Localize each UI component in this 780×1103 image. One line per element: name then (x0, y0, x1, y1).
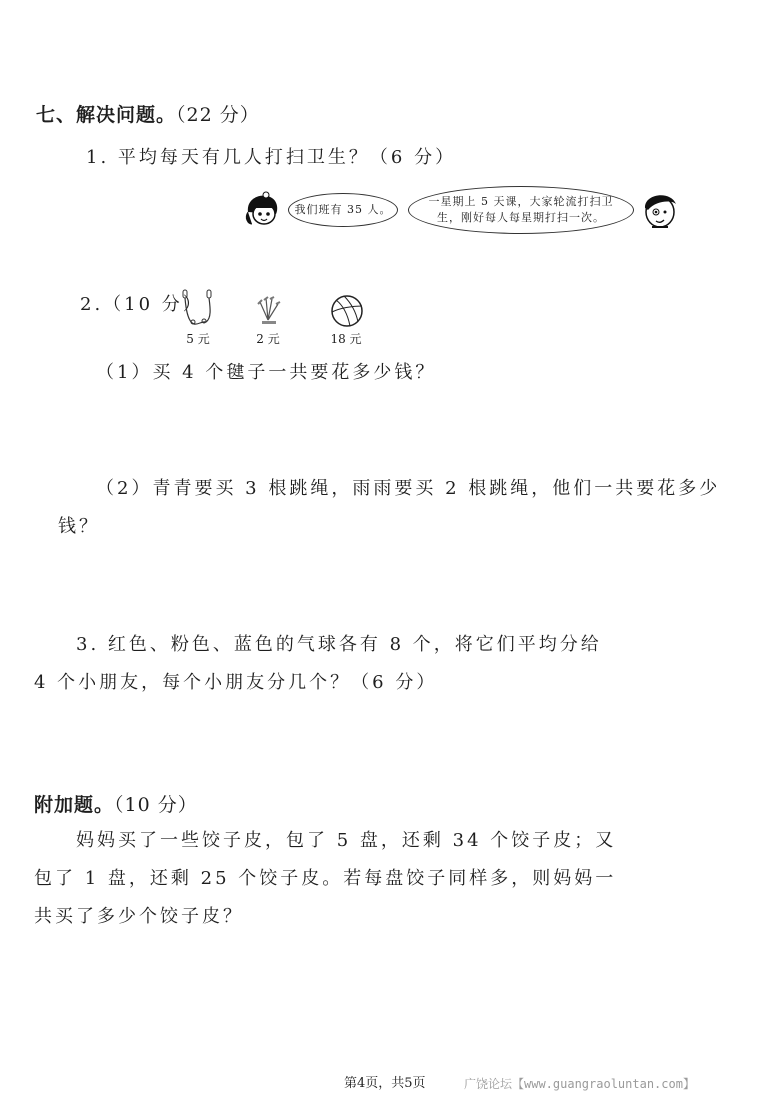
question-3-line2: 4 个小朋友，每个小朋友分几个？（6 分） (34, 668, 437, 694)
boy-speech-bubble: 一星期上 5 天课，大家轮流打扫卫 生，刚好每人每星期打扫一次。 (408, 186, 634, 234)
bonus-line1: 妈妈买了一些饺子皮，包了 5 盘，还剩 34 个饺子皮；又 (76, 826, 616, 852)
watermark: 广饶论坛【www.guangraoluntan.com】 (464, 1075, 695, 1092)
jump-rope-price: 5 元 (178, 330, 218, 347)
section-title: 七、解决问题。（22 分） (36, 100, 260, 127)
basketball-icon (330, 294, 364, 332)
girl-speech-bubble: 我们班有 35 人。 (288, 193, 398, 227)
question-2-sub2-line2: 钱？ (58, 512, 100, 538)
bonus-score: （10 分） (114, 794, 198, 816)
boy-face-icon (636, 188, 682, 232)
boy-illustration (636, 188, 682, 232)
bonus-line2: 包了 1 盘，还剩 25 个饺子皮。若每盘饺子同样多，则妈妈一 (34, 864, 616, 890)
bonus-title: 附加题。（10 分） (34, 790, 198, 817)
question-1: 1. 平均每天有几人打扫卫生？（6 分） (86, 143, 456, 169)
jump-rope-icon (180, 288, 216, 334)
girl-illustration (244, 190, 284, 230)
boy-bubble-line1: 一星期上 5 天课，大家轮流打扫卫 (429, 194, 614, 210)
shuttlecock-icon (252, 294, 284, 332)
section-title-text: 七、解决问题。 (36, 104, 176, 126)
question-2-sub2-line1: （2）青青要买 3 根跳绳，雨雨要买 2 根跳绳，他们一共要花多少 (96, 474, 720, 500)
question-2-sub1: （1）买 4 个毽子一共要花多少钱？ (96, 358, 436, 384)
girl-face-icon (244, 190, 284, 230)
bonus-title-text: 附加题。 (34, 794, 114, 816)
bonus-line3: 共买了多少个饺子皮？ (34, 902, 244, 928)
page-number: 第4页，共5页 (344, 1072, 426, 1091)
question-3-line1: 3. 红色、粉色、蓝色的气球各有 8 个，将它们平均分给 (76, 630, 602, 656)
basketball-price: 18 元 (326, 330, 366, 347)
shuttlecock-price: 2 元 (248, 330, 288, 347)
boy-bubble-line2: 生，刚好每人每星期打扫一次。 (437, 210, 605, 226)
girl-bubble-text: 我们班有 35 人。 (295, 202, 392, 218)
section-score: （22 分） (176, 104, 260, 126)
